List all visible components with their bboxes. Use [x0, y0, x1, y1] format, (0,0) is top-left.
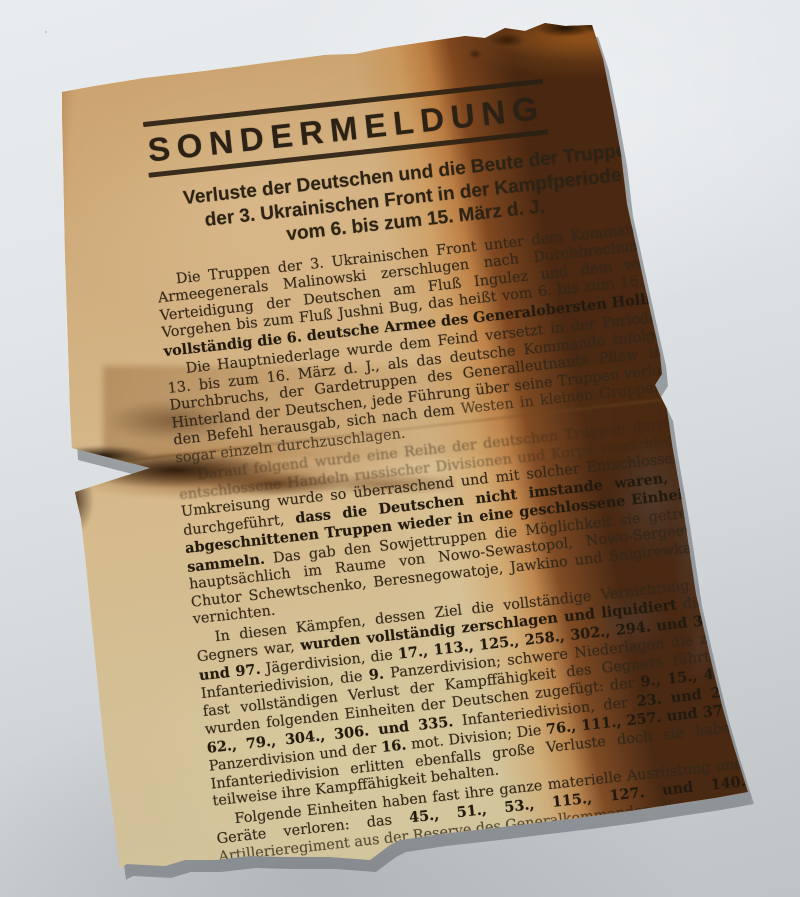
text-segment-bold: 16.: [380, 736, 407, 756]
photo-of-leaflet: SONDERMELDUNG Verluste der Deutschen und…: [0, 0, 800, 897]
